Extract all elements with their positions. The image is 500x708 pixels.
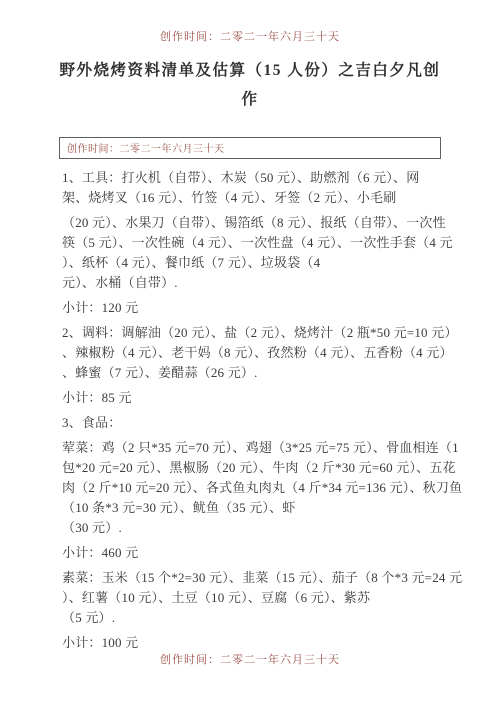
tools-continued-paragraph: （20 元）、水果刀（自带）、锡箔纸（8 元）、报纸（自带）、一次性 筷（5 元… [62,213,444,293]
body-line: ）、红薯（10 元）、土豆（10 元）、豆腐（6 元）、紫苏 [62,588,444,608]
meat-subtotal: 小计：460 元 [62,543,444,563]
subtotal-line: 小计：460 元 [62,543,444,563]
body-line: 荤菜：鸡（2 只*35 元=70 元）、鸡翅（3*25 元=75 元）、骨血相连… [62,438,444,458]
vegetable-dishes-paragraph: 素菜：玉米（15 个*2=30 元）、韭菜（15 元）、茄子（8 个*3 元=2… [62,568,444,628]
body-line: 肉（2 斤*10 元=20 元）、各式鱼丸肉丸（4 斤*34 元=136 元）、… [62,478,444,498]
body-line: （10 条*3 元=30 元）、鱿鱼（35 元）、虾 [62,498,444,518]
body-line: 元）、水桶（自带）. [62,273,444,293]
body-line: （5 元）. [62,608,444,628]
body-line: 1、工具：打火机（自带）、木炭（50 元）、助燃剂（6 元）、网 [62,168,444,188]
document-page: 创作时间：二零二一年六月三十天 野外烧烤资料清单及估算（15 人份）之吉白夕凡创… [0,0,500,708]
section-heading-line: 3、食品： [62,413,444,433]
subtotal-line: 小计：100 元 [62,633,444,653]
body-line: 2、调料：调解油（20 元）、盐（2 元）、烧烤汁（2 瓶*50 元=10 元） [62,323,444,343]
tools-subtotal: 小计：120 元 [62,298,444,318]
vegetable-subtotal: 小计：100 元 [62,633,444,653]
tools-intro-paragraph: 1、工具：打火机（自带）、木炭（50 元）、助燃剂（6 元）、网 架、烧烤叉（1… [62,168,444,208]
subtotal-line: 小计：120 元 [62,298,444,318]
page-title-line-2: 作 [30,85,470,114]
body-line: 包*20 元=20 元）、黑椒肠（20 元）、牛肉（2 斤*30 元=60 元）… [62,458,444,478]
creation-date-box-text: 创作时间：二零二一年六月三十天 [67,144,225,155]
body-line: 素菜：玉米（15 个*2=30 元）、韭菜（15 元）、茄子（8 个*3 元=2… [62,568,444,588]
body-line: 、蜂蜜（7 元）、姜醋蒜（26 元）. [62,363,444,383]
header-creation-date: 创作时间：二零二一年六月三十天 [0,28,500,44]
page-title-line-1: 野外烧烤资料清单及估算（15 人份）之吉白夕凡创 [30,56,470,85]
seasoning-subtotal: 小计：85 元 [62,388,444,408]
creation-date-box: 创作时间：二零二一年六月三十天 [59,137,441,159]
page-title: 野外烧烤资料清单及估算（15 人份）之吉白夕凡创 作 [30,56,470,114]
body-line: 、辣椒粉（4 元）、老干妈（8 元）、孜然粉（4 元）、五香粉（4 元） [62,343,444,363]
food-heading: 3、食品： [62,413,444,433]
body-line: ）、纸杯（4 元）、餐巾纸（7 元）、垃圾袋（4 [62,253,444,273]
seasoning-paragraph: 2、调料：调解油（20 元）、盐（2 元）、烧烤汁（2 瓶*50 元=10 元）… [62,323,444,383]
subtotal-line: 小计：85 元 [62,388,444,408]
body-line: （30 元）. [62,518,444,538]
footer-creation-date: 创作时间：二零二一年六月三十天 [0,651,500,667]
body-line: 架、烧烤叉（16 元）、竹签（4 元）、牙签（2 元）、小毛刷 [62,188,444,208]
body-line: （20 元）、水果刀（自带）、锡箔纸（8 元）、报纸（自带）、一次性 [62,213,444,233]
body-line: 筷（5 元）、一次性碗（4 元）、一次性盘（4 元）、一次性手套（4 元 [62,233,444,253]
document-body: 1、工具：打火机（自带）、木炭（50 元）、助燃剂（6 元）、网 架、烧烤叉（1… [62,168,444,658]
meat-dishes-paragraph: 荤菜：鸡（2 只*35 元=70 元）、鸡翅（3*25 元=75 元）、骨血相连… [62,438,444,538]
